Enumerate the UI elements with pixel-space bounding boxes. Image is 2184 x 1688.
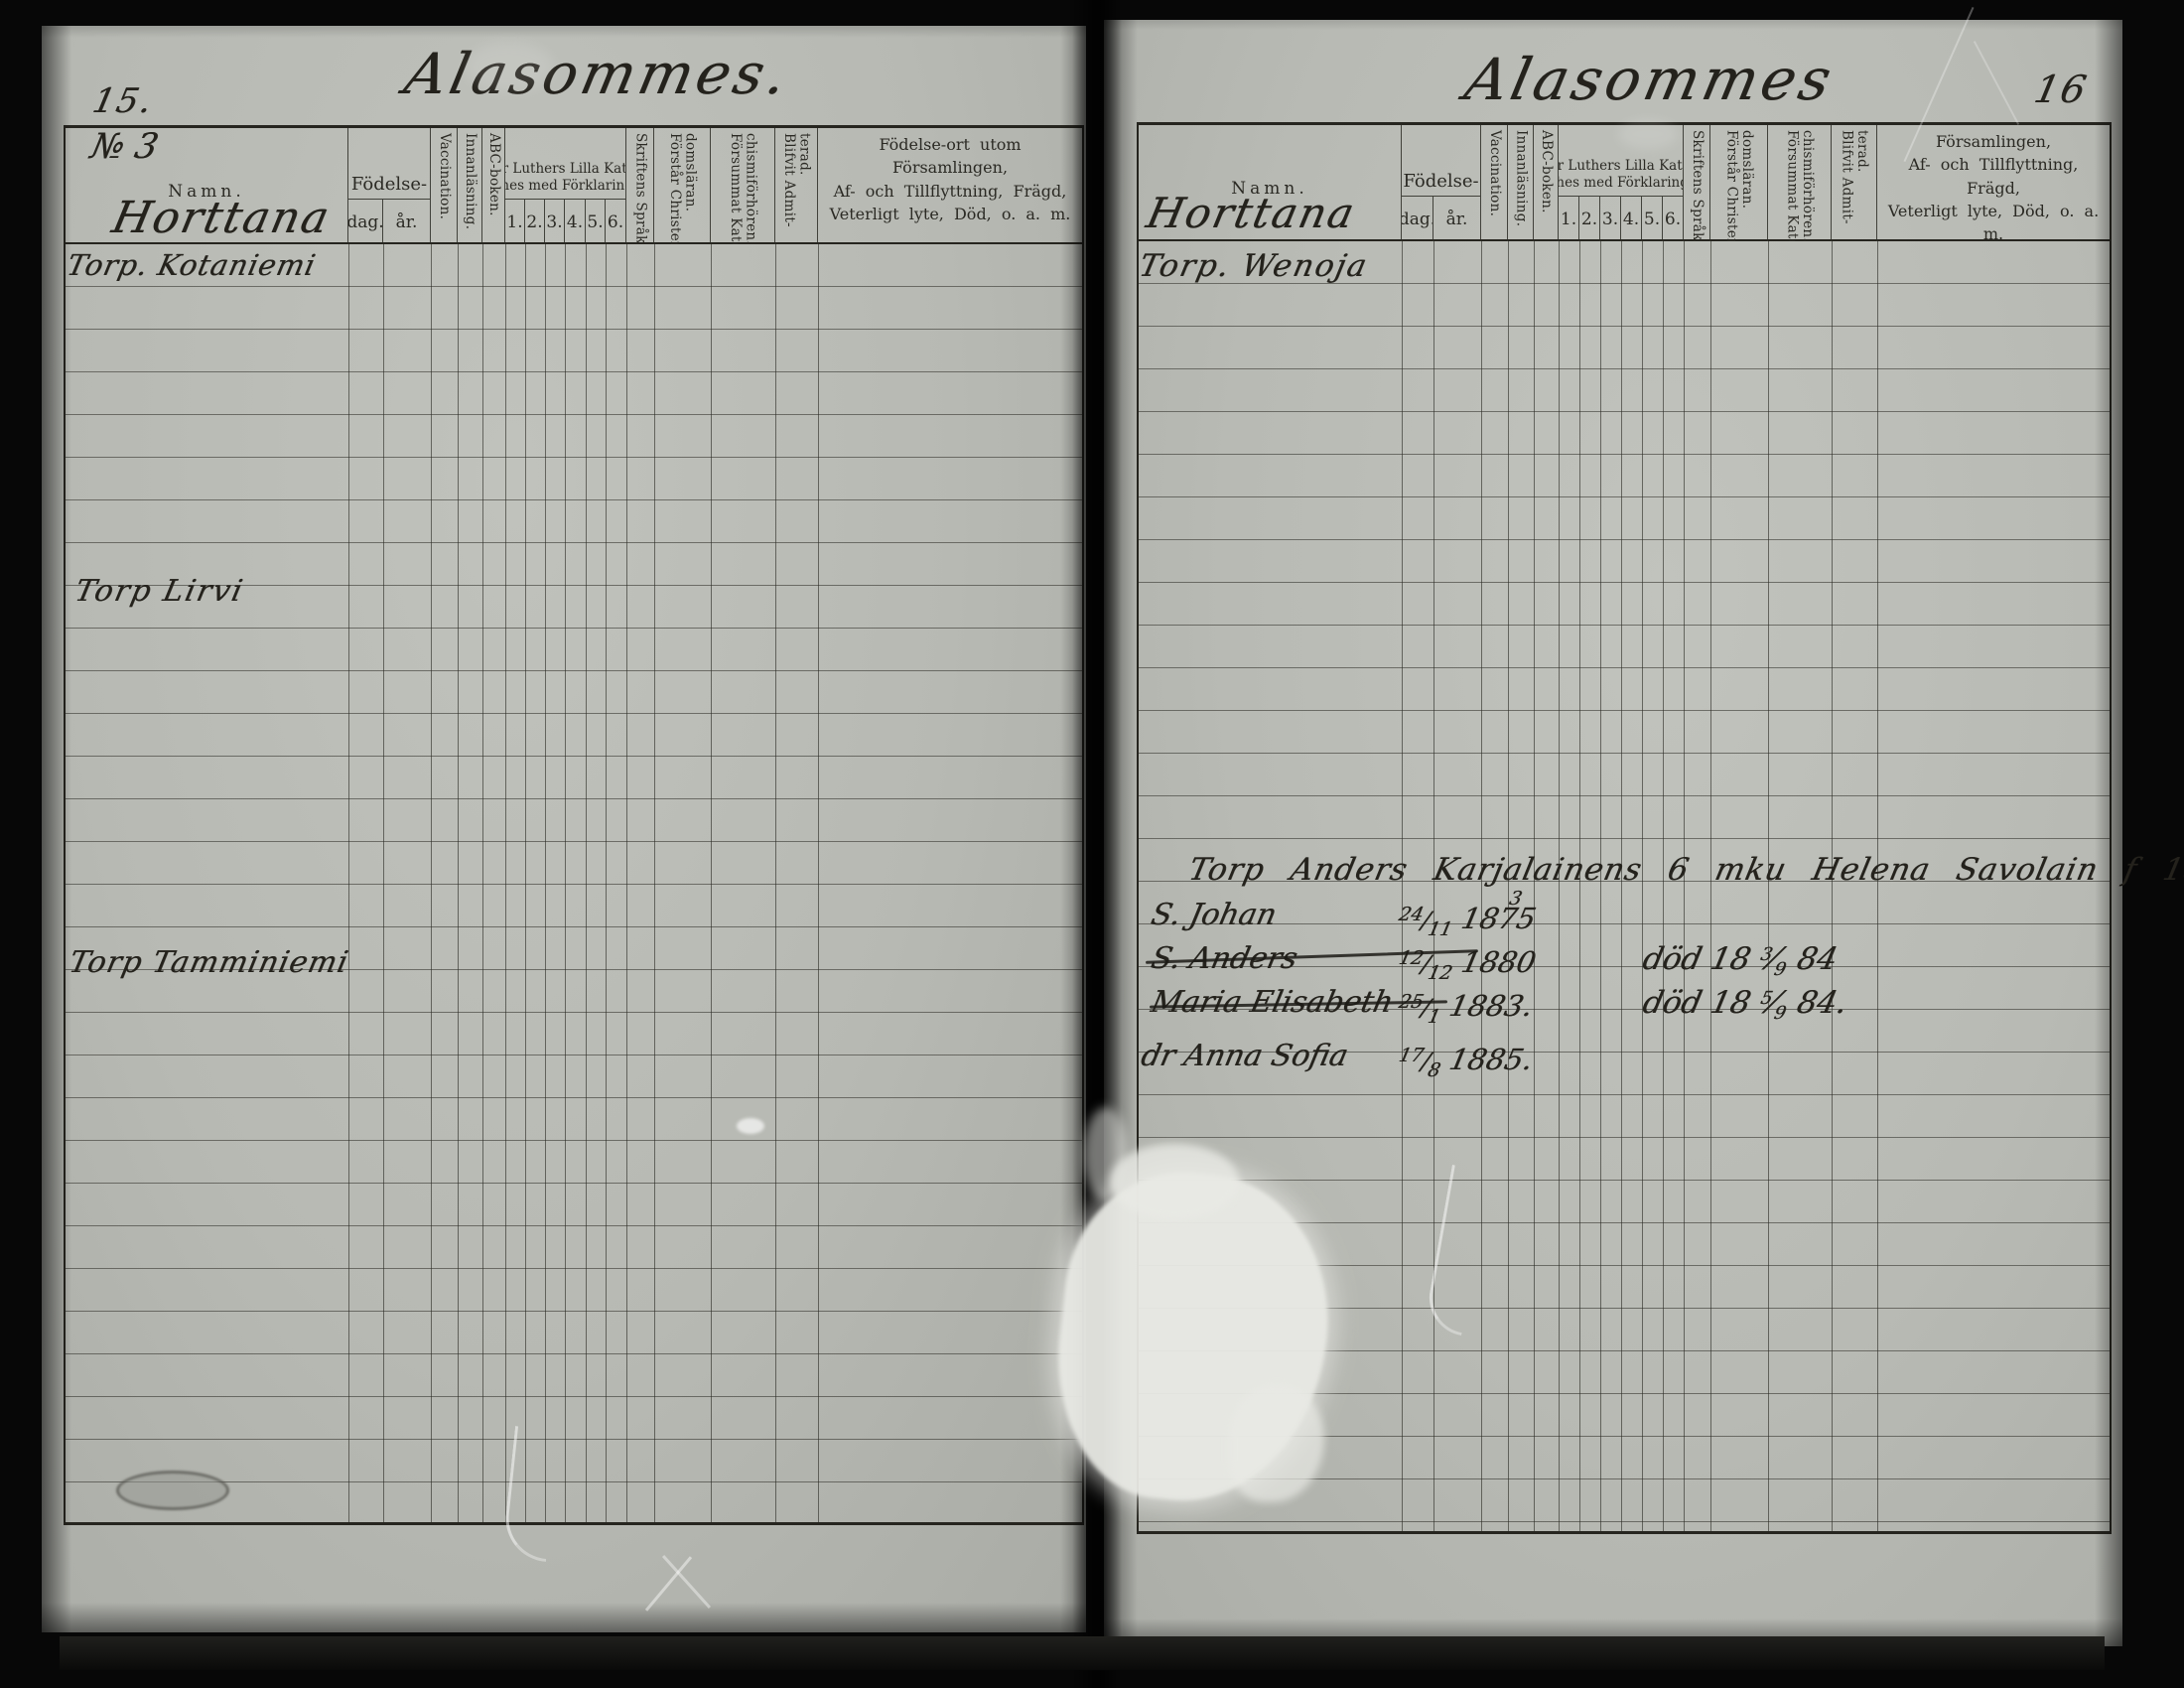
col-header-kateches-4: 4. [565,200,586,244]
col-header-vaccination: Vaccination. [1481,125,1508,241]
column-divider [775,244,776,1522]
ar-label: år. [1446,210,1468,229]
death-note-text: död 18 [1639,985,1753,1021]
column-divider [626,244,627,1522]
column-divider [505,244,506,1522]
luthers-line2: ches med Förklaring. [1559,175,1684,193]
fodelseort-line1: Födelse-ort utom Församlingen, [1877,125,2110,153]
column-divider [586,244,587,1522]
column-divider [545,244,546,1522]
death-month: 9 [1772,1003,1788,1024]
dag-label: dag. [348,212,383,232]
entry-kotaniemi: Torp. Kotaniemi [64,248,319,282]
col-header-forstar: Förstår Christen-domsläran. [654,128,711,244]
entry-tamminiemi: Torp Tamminiemi [66,945,351,980]
ink-smudge [116,1471,229,1510]
forsummat-line1: Försummat Kate- [727,133,743,244]
col-header-kateches-5: 5. [586,200,606,244]
record-number: № 3 [87,127,162,167]
paper-scuff [465,42,554,91]
fodelseort-line2: Af- och Tillflyttning, Frägd, [1877,153,2110,199]
birth-day: 17 [1397,1045,1426,1066]
column-divider [711,244,712,1522]
fodelseort-line2: Af- och Tillflyttning, Frägd, [818,180,1082,203]
kateches-1: 1. [506,212,522,232]
child-name: S. Johan [1148,898,1280,932]
death-note-text: död 18 [1639,941,1753,977]
death-month: 9 [1772,959,1788,980]
col-header-kateches-1: 1. [505,200,525,244]
col-header-blifvit: Blifvit Admit-terad. [775,128,818,244]
col-header-luthers: Dr Luthers Lilla Kate-ches med Förklarin… [505,128,626,200]
fodelseort-line3: Veterligt lyte, Död, o. a. m. [1877,200,2110,241]
birth-month: 8 [1426,1059,1442,1081]
paper-scuff [1618,119,1678,149]
column-divider [654,244,655,1522]
blifvit-line1: Blifvit Admit- [1839,130,1854,241]
col-header-abc-boken: ABC-boken. [482,128,505,244]
col-header-forstar: Förstår Christen-domsläran. [1710,125,1768,241]
col-header-forsummat: Försummat Kate-chismiförhören. [1768,125,1832,241]
vaccination-label: Vaccination. [436,133,452,244]
col-header-fodelse: Födelse- [1402,125,1481,197]
child-name: dr Anna Sofia [1138,1039,1351,1073]
column-divider [525,244,526,1522]
birth-date: 17/8 1885. [1394,1043,1536,1081]
abc-boken-label: ABC-boken. [485,133,501,244]
fodelseort-line1: Födelse-ort utom Församlingen, [818,133,1082,179]
death-year: 84. [1794,985,1850,1021]
death-year: 84 [1794,941,1841,977]
kateches-2: 2. [1581,210,1597,229]
fodelseort-line3: Veterligt lyte, Död, o. a. m. [818,203,1082,225]
kateches-6: 6. [1665,210,1681,229]
forstar-line1: Förstår Christen- [1723,130,1739,241]
luthers-line2: ches med Förklaring. [505,178,626,196]
col-header-kateches-5: 5. [1642,197,1663,241]
column-divider [565,244,566,1522]
paper-spot [737,1118,764,1134]
death-day: 5 [1759,988,1775,1009]
col-header-fodelse: Födelse- [348,128,431,200]
birth-month: 1 [1426,1006,1442,1028]
family-head-line: Torp Anders Karjalainens 6 mku Helena Sa… [1185,852,2184,888]
col-header-dag: dag. [348,200,383,244]
village-name-left: Horttana [108,193,336,243]
col-header-kateches-6: 6. [606,200,626,244]
birth-month: 12 [1426,962,1454,984]
innanlasning-label: Innanläsning. [1513,130,1529,241]
innanlasning-label: Innanläsning. [462,133,478,244]
col-header-innanlasning: Innanläsning. [458,128,482,244]
vaccination-label: Vaccination. [1486,130,1502,241]
fodelse-label: Födelse- [351,174,427,195]
col-header-kateches-2: 2. [1579,197,1600,241]
kateches-5: 5. [587,212,603,232]
col-header-innanlasning: Innanläsning. [1508,125,1534,241]
kateches-4: 4. [1623,210,1639,229]
birth-year: 1875 [1458,902,1539,935]
kateches-4: 4. [567,212,583,232]
kateches-1: 1. [1561,210,1576,229]
col-header-kateches-2: 2. [525,200,545,244]
right-page: Alasommes 16 Namn. Födelse- dag. år. Vac… [1104,20,2122,1646]
forstar-line2: domsläran. [1739,130,1755,241]
col-header-kateches-3: 3. [545,200,565,244]
family-row-johan: S. Johan 24/11 18753 [1152,898,2105,943]
blifvit-line2: terad. [1854,130,1870,241]
abc-boken-label: ABC-boken. [1538,130,1554,241]
table-body-left [66,244,1082,1522]
kateches-2: 2. [526,212,542,232]
family-row-anna: dr Anna Sofia 17/8 1885. [1142,1039,2095,1084]
forsummat-line2: chismiförhören. [743,133,758,244]
birth-date: 24/11 18753 [1394,902,1551,940]
luthers-line1: Dr Luthers Lilla Kate- [1559,158,1684,176]
kateches-3: 3. [1602,210,1618,229]
entry-lirvi: Torp Lirvi [71,574,247,609]
column-divider [348,244,349,1522]
col-header-ar: år. [383,200,431,244]
skriftens-label: Skriftens Språk. [1689,130,1705,241]
luthers-line1: Dr Luthers Lilla Kate- [505,161,626,179]
village-name-right: Horttana [1143,189,1360,237]
forsummat-line2: chismiförhören. [1800,130,1816,241]
column-divider [431,244,432,1522]
forstar-line2: domsläran. [682,133,698,244]
col-header-kateches-6: 6. [1663,197,1684,241]
birth-date: 25/1 1883. [1394,989,1536,1028]
page-bottom-edge [60,1636,2105,1670]
folio-number-left: 15. [89,81,158,121]
column-divider [606,244,607,1522]
col-header-forsummat: Försummat Kate-chismiförhören. [711,128,775,244]
kateches-5: 5. [1644,210,1660,229]
blifvit-line1: Blifvit Admit- [780,133,796,244]
col-header-kateches-1: 1. [1559,197,1579,241]
col-header-fodelseort: Födelse-ort utom Församlingen,Af- och Ti… [1877,125,2110,241]
kateches-6: 6. [608,212,623,232]
column-divider [383,244,384,1522]
family-row-maria: Maria Elisabeth 25/1 1883. död 18 5⁄9 84… [1152,985,2105,1031]
col-header-abc-boken: ABC-boken. [1534,125,1559,241]
col-header-kateches-4: 4. [1621,197,1642,241]
forstar-line1: Förstår Christen- [666,133,682,244]
death-note: död 18 3⁄9 84 [1639,941,1841,980]
blifvit-line2: terad. [796,133,812,244]
left-page: 15. Alasommes. Namn. Födelse- dag. år. V… [42,26,1086,1632]
death-note: död 18 5⁄9 84. [1639,985,1850,1024]
birth-year: 1883. [1446,989,1536,1023]
forsummat-line1: Försummat Kate- [1784,130,1800,241]
kateches-3: 3. [546,212,562,232]
death-day: 3 [1759,944,1775,965]
book-fold-shadow [1072,0,1122,1688]
family-row-anders: S. Anders 12/12 1880 död 18 3⁄9 84 [1152,941,2105,987]
register-table-left: Namn. Födelse- dag. år. Vaccination. Inn… [64,125,1084,1525]
col-header-blifvit: Blifvit Admit-terad. [1832,125,1877,241]
col-header-fodelseort: Födelse-ort utom Församlingen,Af- och Ti… [818,128,1082,244]
folio-number-right: 16 [2030,68,2092,111]
register-table-right: Namn. Födelse- dag. år. Vaccination. Inn… [1137,122,2112,1534]
birth-month: 11 [1426,918,1454,940]
col-header-kateches-3: 3. [1600,197,1621,241]
skriftens-label: Skriftens Språk. [632,133,648,244]
col-header-dag: dag. [1402,197,1433,241]
dag-label: dag. [1402,210,1433,229]
col-header-skriftens: Skriftens Språk. [1684,125,1710,241]
ar-label: år. [396,212,418,232]
fodelse-label: Födelse- [1403,171,1478,192]
column-divider [482,244,483,1522]
col-header-skriftens: Skriftens Språk. [626,128,654,244]
col-header-ar: år. [1433,197,1481,241]
page-title-right: Alasommes [1434,46,1865,113]
entry-wenoja: Torp. Wenoja [1136,248,1371,284]
birth-day: 24 [1397,904,1426,925]
page-title-left: Alasommes. [352,42,843,107]
column-divider [818,244,819,1522]
register-scan: { "page_left": { "folio": "15.", "title"… [0,0,2184,1688]
birth-year: 1885. [1446,1043,1536,1076]
column-divider [458,244,459,1522]
col-header-vaccination: Vaccination. [431,128,458,244]
